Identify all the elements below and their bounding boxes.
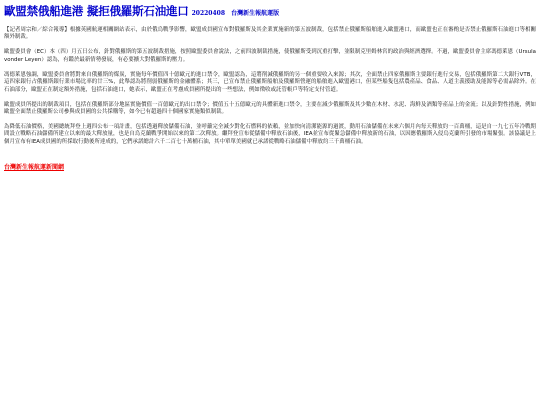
article-header: 歐盟禁俄船進港 擬拒俄羅斯石油進口20220408 台灣新生報航運版	[4, 3, 536, 21]
article-paragraph-2: 歐盟委員會（EC）本（四）月五日公布，針對俄羅斯的第五波制裁措施，按照歐盟委員會…	[4, 49, 536, 64]
article-paragraph-4: 歐盟成員所提出的制裁項目，包括在俄羅斯部分地區實施價值一百億歐元的出口禁令；價值…	[4, 102, 536, 117]
article-paragraph-3: 馮德萊恩強調，歐盟委員會將對來自俄羅斯的煤炭，實施每年價值四十億歐元的進口禁令，…	[4, 72, 536, 94]
article-page: 歐盟禁俄船進港 擬拒俄羅斯石油進口20220408 台灣新生報航運版 【記者周宗…	[0, 0, 540, 173]
article-paragraph-5: 為降低石油價格，美國總統拜登上週四公布一項計畫，包括透過釋放儲備石油，並呼籲完全…	[4, 124, 536, 146]
article-date: 20220408	[192, 10, 225, 17]
source-news-link[interactable]: 台灣新生報航運新聞網	[4, 162, 64, 171]
article-title: 歐盟禁俄船進港 擬拒俄羅斯石油進口	[4, 4, 189, 18]
article-paragraph-1: 【記者周宗和／綜合報導】根據英國航運相關網站表示，由於俄烏戰爭影響，歐盟成員國宣…	[4, 27, 536, 42]
article-source: 台灣新生報航運版	[231, 10, 279, 17]
